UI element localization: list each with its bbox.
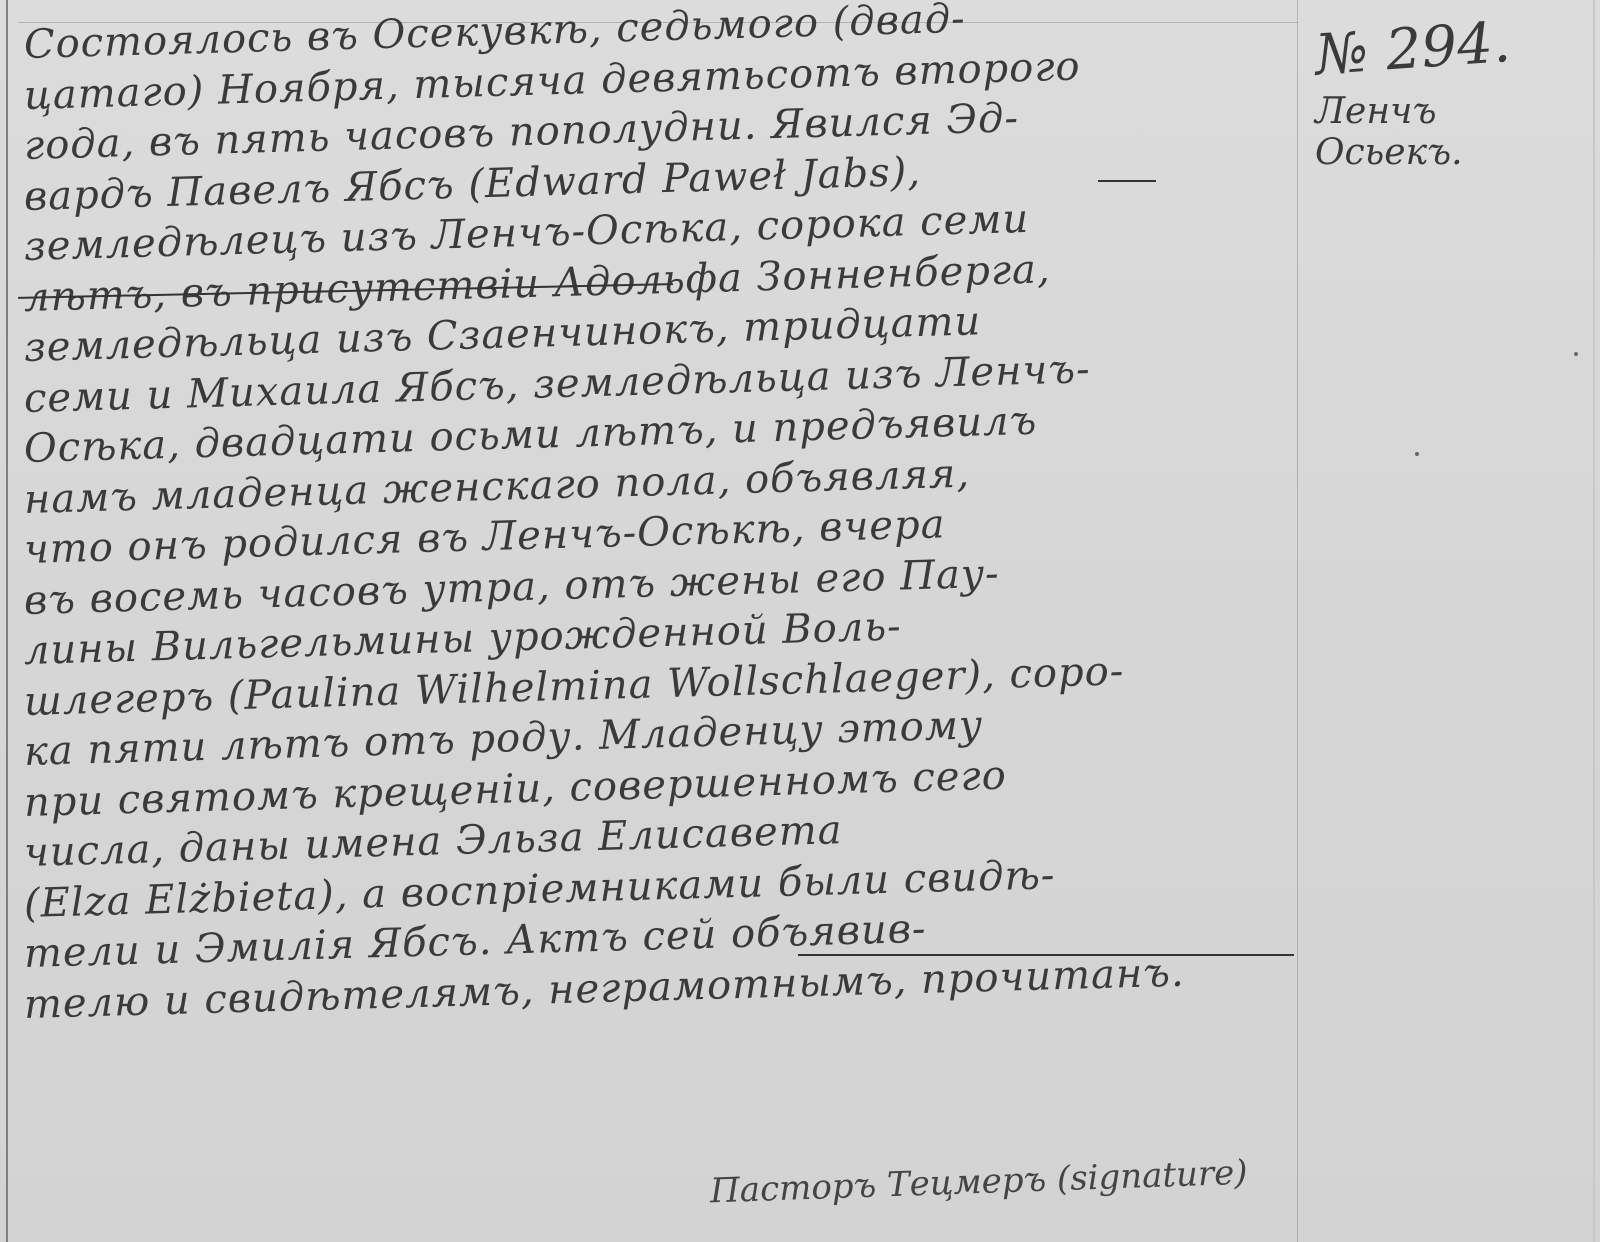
ed-underline xyxy=(1098,180,1156,182)
margin-place-name: Ленчъ Осьекъ. xyxy=(1315,91,1585,173)
pastor-signature: Пасторъ Тецмеръ (signature) xyxy=(709,1153,1248,1212)
paper-speck xyxy=(1415,452,1419,456)
document-page: Состоялось въ Осекувкѣ, седьмого (двад- … xyxy=(0,0,1600,1242)
left-binding-rule xyxy=(6,0,8,1242)
margin-note: № 294. Ленчъ Осьекъ. xyxy=(1315,14,1585,173)
margin-rule xyxy=(1297,0,1298,1242)
child-name-underline xyxy=(798,954,1294,956)
paper-speck xyxy=(1574,352,1578,356)
act-number: № 294. xyxy=(1313,5,1587,89)
act-body: Состоялось въ Осекувкѣ, седьмого (двад- … xyxy=(24,20,1294,1030)
right-edge-rule xyxy=(1593,0,1595,1242)
